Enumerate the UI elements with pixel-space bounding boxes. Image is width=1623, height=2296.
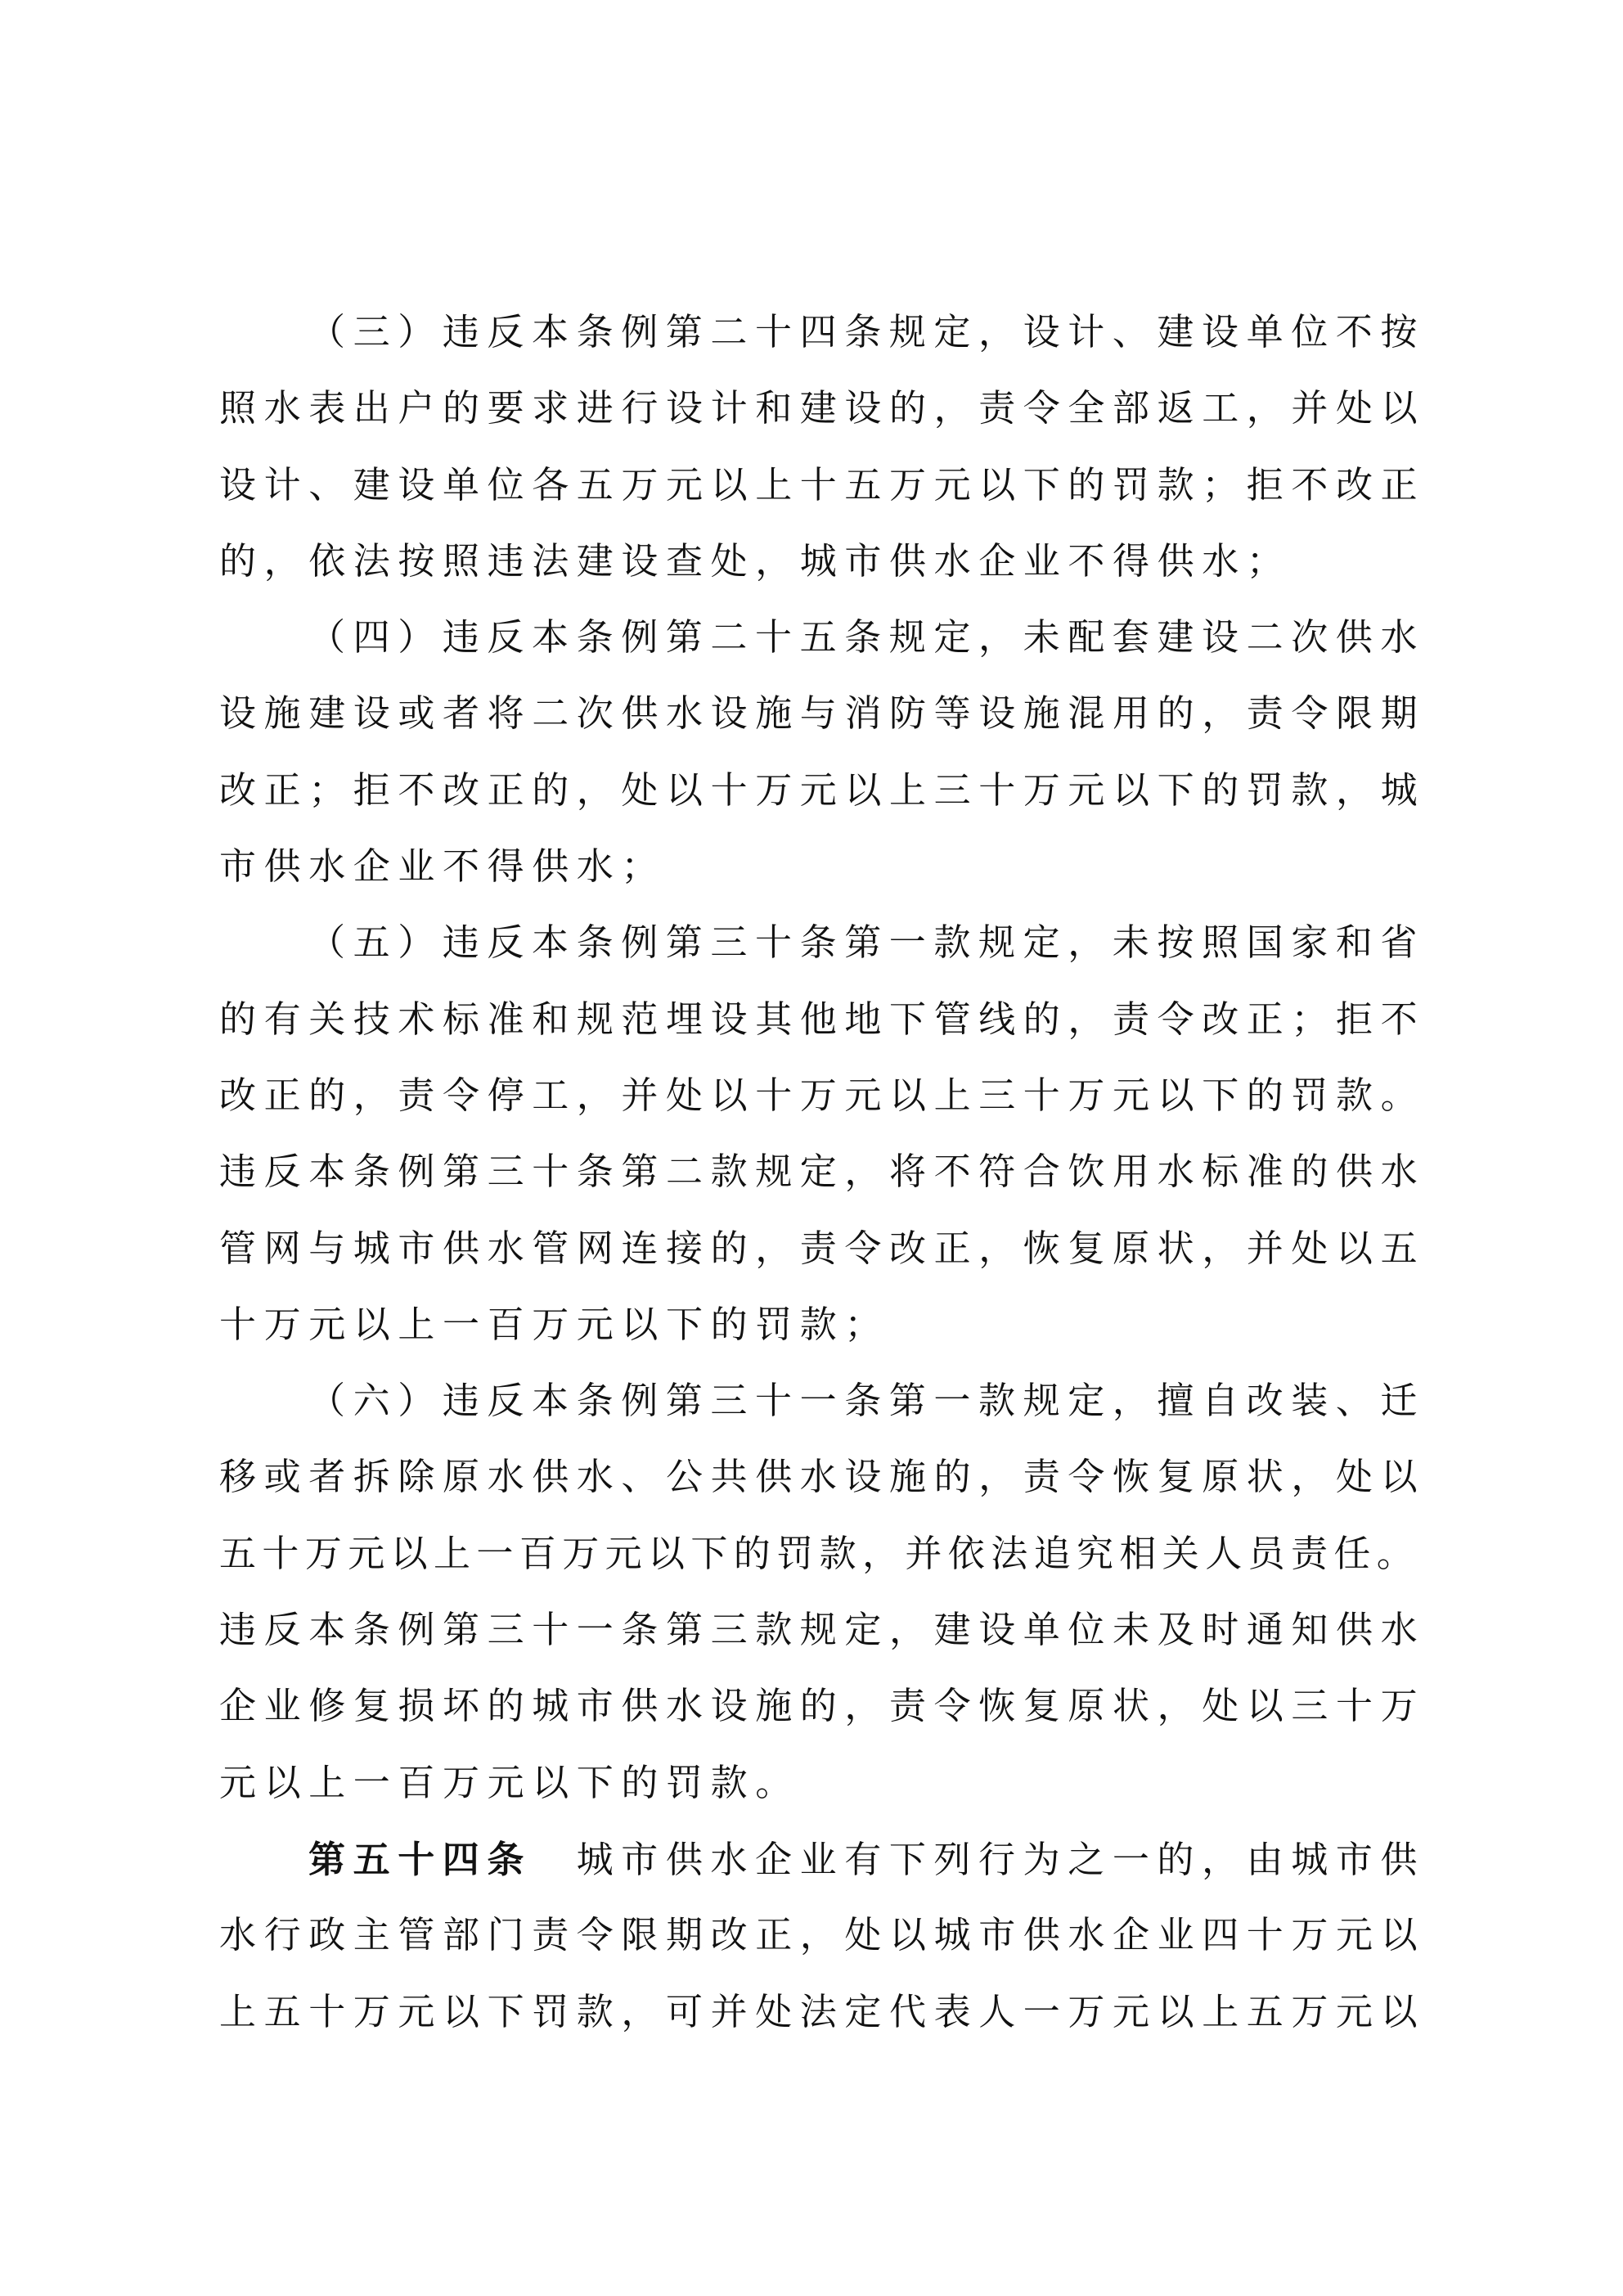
text-line: 照水表出户的要求进行设计和建设的，责令全部返工，并处以	[219, 371, 1438, 447]
article-number: 第五十四条	[308, 1839, 532, 1880]
text-line: 改正；拒不改正的，处以十万元以上三十万元以下的罚款，城	[219, 753, 1438, 829]
text-line: 市供水企业不得供水；	[219, 829, 1438, 905]
text-line: 的，依法按照违法建设查处，城市供水企业不得供水；	[219, 524, 1438, 600]
text-line: 水行政主管部门责令限期改正，处以城市供水企业四十万元以	[219, 1898, 1438, 1974]
text-line: （六）违反本条例第三十一条第一款规定，擅自改装、迁	[219, 1363, 1438, 1439]
text-line: （三）违反本条例第二十四条规定，设计、建设单位不按	[219, 295, 1438, 371]
text-line: 上五十万元以下罚款，可并处法定代表人一万元以上五万元以	[219, 1974, 1438, 2051]
text-line: 改正的，责令停工，并处以十万元以上三十万元以下的罚款。	[219, 1058, 1438, 1134]
document-page: （三）违反本条例第二十四条规定，设计、建设单位不按照水表出户的要求进行设计和建设…	[0, 0, 1623, 2296]
text-line: 设施建设或者将二次供水设施与消防等设施混用的，责令限期	[219, 676, 1438, 752]
text-line: 的有关技术标准和规范埋设其他地下管线的，责令改正；拒不	[219, 982, 1438, 1058]
text-line: 移或者拆除原水供水、公共供水设施的，责令恢复原状，处以	[219, 1439, 1438, 1515]
text-line: （五）违反本条例第三十条第一款规定，未按照国家和省	[219, 905, 1438, 981]
text-line: 第五十四条 城市供水企业有下列行为之一的，由城市供	[219, 1821, 1438, 1898]
text-line: 管网与城市供水管网连接的，责令改正，恢复原状，并处以五	[219, 1211, 1438, 1287]
text-line: 五十万元以上一百万元以下的罚款，并依法追究相关人员责任。	[219, 1516, 1438, 1592]
text-line: 违反本条例第三十一条第三款规定，建设单位未及时通知供水	[219, 1592, 1438, 1668]
text-line: 设计、建设单位各五万元以上十五万元以下的罚款；拒不改正	[219, 448, 1438, 524]
text-line: 企业修复损坏的城市供水设施的，责令恢复原状，处以三十万	[219, 1668, 1438, 1745]
text-line: （四）违反本条例第二十五条规定，未配套建设二次供水	[219, 600, 1438, 676]
document-body: （三）违反本条例第二十四条规定，设计、建设单位不按照水表出户的要求进行设计和建设…	[219, 295, 1438, 2051]
text-line: 元以上一百万元以下的罚款。	[219, 1745, 1438, 1821]
text-line: 违反本条例第三十条第二款规定，将不符合饮用水标准的供水	[219, 1134, 1438, 1210]
text-line: 十万元以上一百万元以下的罚款；	[219, 1287, 1438, 1363]
